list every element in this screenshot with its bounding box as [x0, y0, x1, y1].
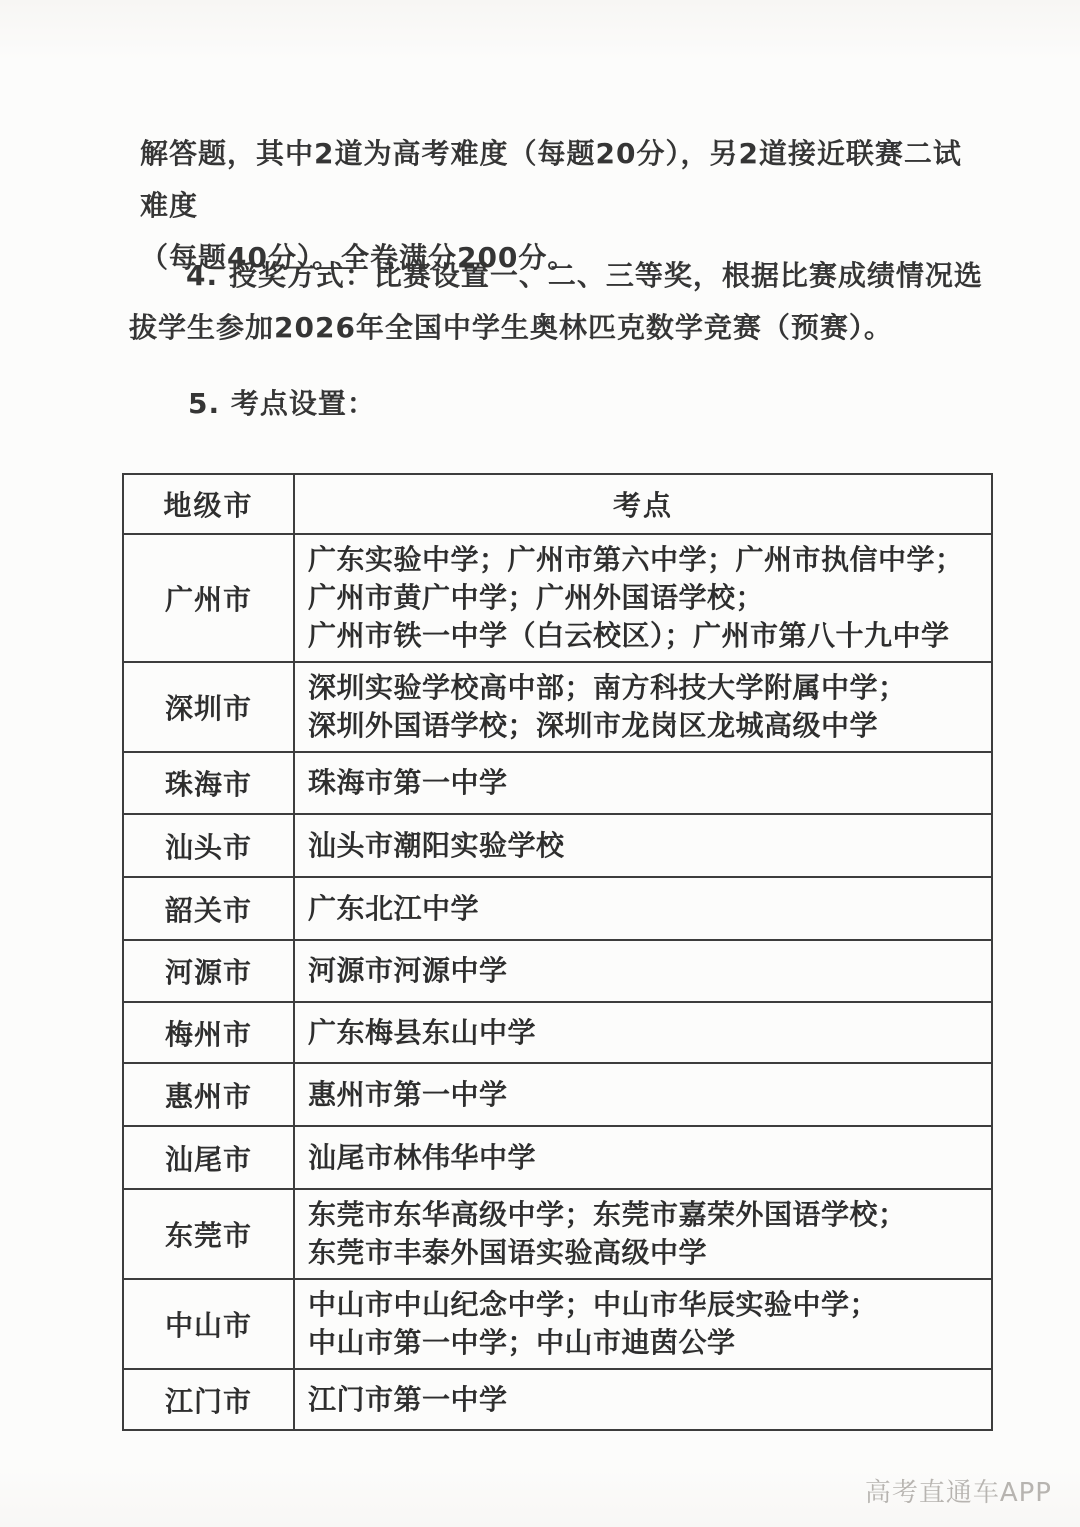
city-cell: 中山市 [123, 1279, 294, 1369]
column-header-venue: 考点 [294, 474, 992, 534]
table-row: 深圳市深圳实验学校高中部；南方科技大学附属中学； 深圳外国语学校；深圳市龙岗区龙… [123, 662, 992, 752]
venues-cell: 汕尾市林伟华中学 [294, 1126, 992, 1189]
paragraph-line: 拔学生参加2026年全国中学生奥林匹克数学竞赛（预赛）。 [129, 302, 999, 354]
paragraph-awards: 4. 授奖方式：比赛设置一、二、三等奖，根据比赛成绩情况选 拔学生参加2026年… [129, 250, 999, 354]
venues-cell: 江门市第一中学 [294, 1369, 992, 1430]
table-row: 珠海市珠海市第一中学 [123, 752, 992, 814]
paragraph-line: 4. 授奖方式：比赛设置一、二、三等奖，根据比赛成绩情况选 [129, 250, 999, 302]
table-row: 梅州市广东梅县东山中学 [123, 1002, 992, 1063]
table-row: 东莞市东莞市东华高级中学；东莞市嘉荣外国语学校； 东莞市丰泰外国语实验高级中学 [123, 1189, 992, 1279]
city-cell: 惠州市 [123, 1063, 294, 1126]
city-cell: 汕头市 [123, 814, 294, 877]
city-cell: 东莞市 [123, 1189, 294, 1279]
column-header-city: 地级市 [123, 474, 294, 534]
venues-cell: 中山市中山纪念中学；中山市华辰实验中学； 中山市第一中学；中山市迪茵公学 [294, 1279, 992, 1369]
table-row: 惠州市惠州市第一中学 [123, 1063, 992, 1126]
table-row: 汕尾市汕尾市林伟华中学 [123, 1126, 992, 1189]
paragraph-venues-heading: 5. 考点设置： [188, 378, 376, 430]
scanned-document-page: 解答题，其中2道为高考难度（每题20分），另2道接近联赛二试 难度 （每题40分… [0, 0, 1080, 1527]
venues-cell: 东莞市东华高级中学；东莞市嘉荣外国语学校； 东莞市丰泰外国语实验高级中学 [294, 1189, 992, 1279]
venues-cell: 汕头市潮阳实验学校 [294, 814, 992, 877]
venues-cell: 广东梅县东山中学 [294, 1002, 992, 1063]
paragraph-line: 解答题，其中2道为高考难度（每题20分），另2道接近联赛二试 难度 [140, 128, 990, 232]
city-cell: 汕尾市 [123, 1126, 294, 1189]
venues-cell: 广东北江中学 [294, 877, 992, 940]
city-cell: 广州市 [123, 534, 294, 662]
table-row: 广州市广东实验中学；广州市第六中学；广州市执信中学； 广州市黄广中学；广州外国语… [123, 534, 992, 662]
venues-cell: 广东实验中学；广州市第六中学；广州市执信中学； 广州市黄广中学；广州外国语学校；… [294, 534, 992, 662]
table-header-row: 地级市 考点 [123, 474, 992, 534]
city-cell: 韶关市 [123, 877, 294, 940]
venues-cell: 惠州市第一中学 [294, 1063, 992, 1126]
table-row: 韶关市广东北江中学 [123, 877, 992, 940]
city-cell: 深圳市 [123, 662, 294, 752]
table-row: 汕头市汕头市潮阳实验学校 [123, 814, 992, 877]
venues-cell: 河源市河源中学 [294, 940, 992, 1002]
city-cell: 梅州市 [123, 1002, 294, 1063]
city-cell: 珠海市 [123, 752, 294, 814]
venues-cell: 珠海市第一中学 [294, 752, 992, 814]
table-row: 江门市江门市第一中学 [123, 1369, 992, 1430]
exam-venues-table: 地级市 考点 广州市广东实验中学；广州市第六中学；广州市执信中学； 广州市黄广中… [122, 473, 993, 1431]
table-row: 河源市河源市河源中学 [123, 940, 992, 1002]
app-watermark: 高考直通车APP [865, 1472, 1052, 1509]
city-cell: 河源市 [123, 940, 294, 1002]
table-row: 中山市中山市中山纪念中学；中山市华辰实验中学； 中山市第一中学；中山市迪茵公学 [123, 1279, 992, 1369]
venues-cell: 深圳实验学校高中部；南方科技大学附属中学； 深圳外国语学校；深圳市龙岗区龙城高级… [294, 662, 992, 752]
city-cell: 江门市 [123, 1369, 294, 1430]
